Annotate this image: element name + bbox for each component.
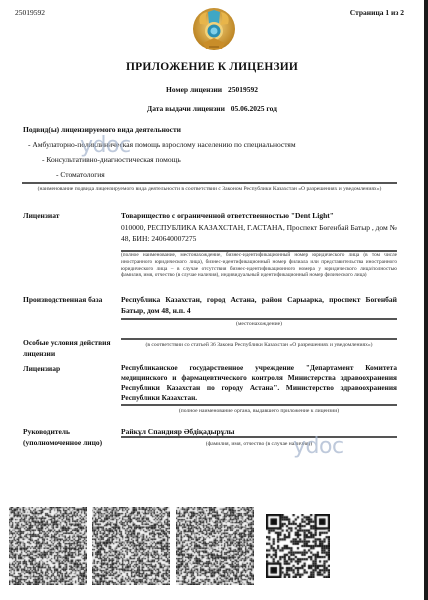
page-title: ПРИЛОЖЕНИЕ К ЛИЦЕНЗИИ (0, 61, 424, 73)
special-conditions-caption: (в соответствии со статьей 36 Закона Рес… (121, 341, 397, 349)
licensee-caption: (полное наименование, местонахождение, б… (121, 252, 397, 279)
divider (121, 436, 397, 438)
subtypes-title: Подвид(ы) лицензируемого вида деятельнос… (23, 125, 181, 134)
divider (121, 404, 397, 406)
licensee-address: 010000, РЕСПУБЛИКА КАЗАХСТАН, Г.АСТАНА, … (121, 222, 397, 244)
subtypes-caption: (наименование подвида лицензируемого вид… (22, 185, 397, 193)
datamatrix-code-icon (9, 507, 87, 585)
licensor-caption: (полное наименование органа, выдавшего п… (121, 407, 397, 415)
license-number-label: Номер лицензии (166, 85, 222, 94)
qr-code-icon (266, 514, 330, 578)
license-date: Дата выдачи лицензии 05.06.2025 год (0, 104, 424, 113)
licensor-label: Лицензиар (23, 363, 60, 374)
licensee-name: Товарищество с ограниченной ответственно… (121, 210, 397, 221)
license-number: Номер лицензии 25019592 (0, 85, 424, 94)
licensor-value: Республиканское государственное учрежден… (121, 363, 397, 403)
head-caption: (фамилия, имя, отчество (в случае наличи… (121, 440, 397, 448)
head-label: Руководитель (уполномоченное лицо) (23, 426, 123, 448)
licensee-label: Лицензиат (23, 210, 59, 221)
datamatrix-code-icon (176, 507, 254, 585)
subtype-item: - Стоматология (56, 170, 105, 179)
subtype-item: - Консультативно-диагностическая помощь (42, 155, 181, 164)
doc-number: 25019592 (15, 8, 45, 17)
subtype-item: - Амбулаторно-поликлиническая помощь взр… (28, 140, 296, 149)
license-number-value: 25019592 (228, 85, 258, 94)
document-page: 25019592 Страница 1 из 2 ПРИЛОЖЕНИЕ К ЛИ… (0, 0, 424, 600)
state-emblem-icon (191, 6, 237, 54)
special-conditions-label: Особые условия действия лицензии (23, 337, 118, 359)
divider (121, 338, 397, 340)
page-edge (424, 0, 428, 600)
production-base-value: Республика Казахстан, город Астана, райо… (121, 294, 397, 316)
license-date-value: 05.06.2025 год (231, 104, 277, 113)
production-base-caption: (местонахождение) (121, 320, 397, 328)
page-indicator: Страница 1 из 2 (350, 8, 404, 17)
divider (22, 182, 397, 184)
production-base-label: Производственная база (23, 294, 102, 305)
datamatrix-code-icon (92, 507, 170, 585)
license-date-label: Дата выдачи лицензии (147, 104, 225, 113)
